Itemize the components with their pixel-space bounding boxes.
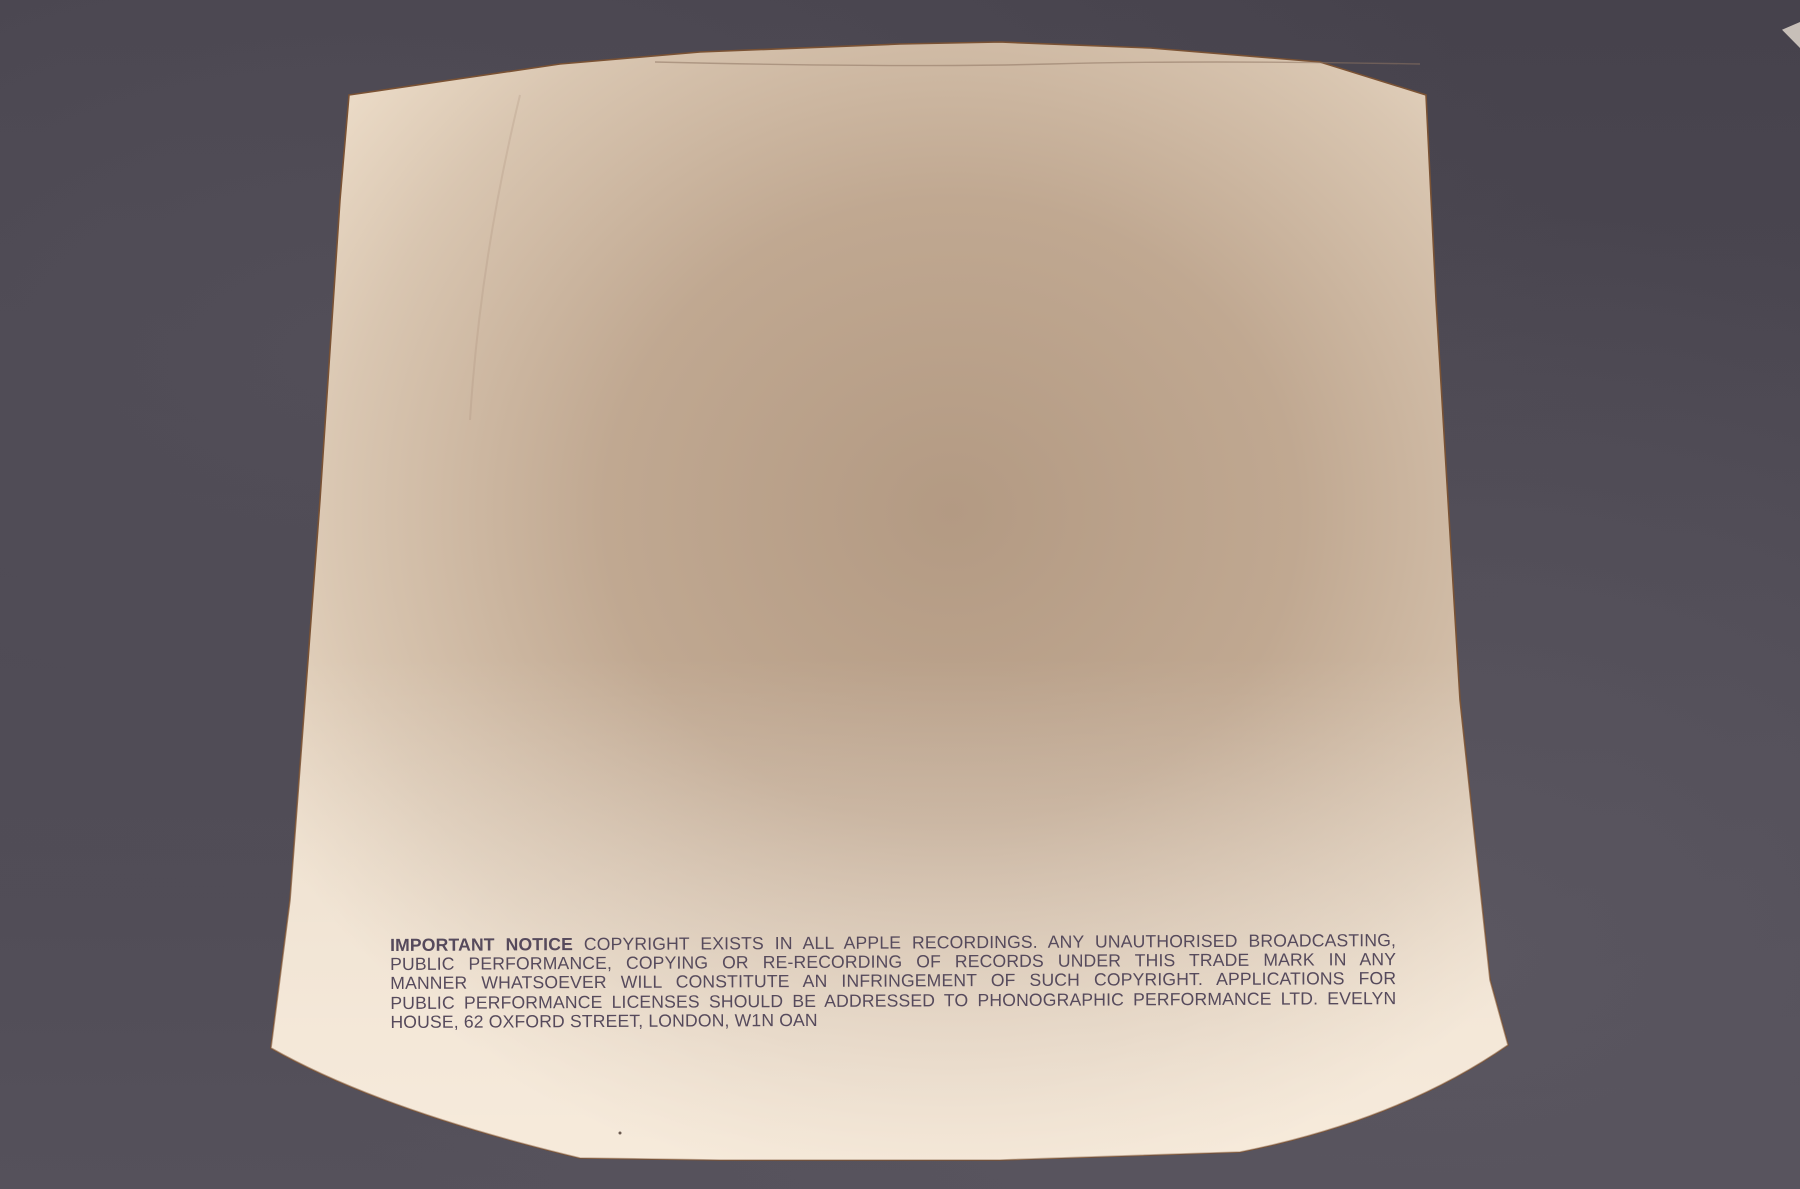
notice-heading: IMPORTANT NOTICE	[390, 934, 573, 955]
paper-speck	[619, 1132, 622, 1135]
copyright-notice: IMPORTANT NOTICE COPYRIGHT EXISTS IN ALL…	[390, 931, 1396, 1032]
